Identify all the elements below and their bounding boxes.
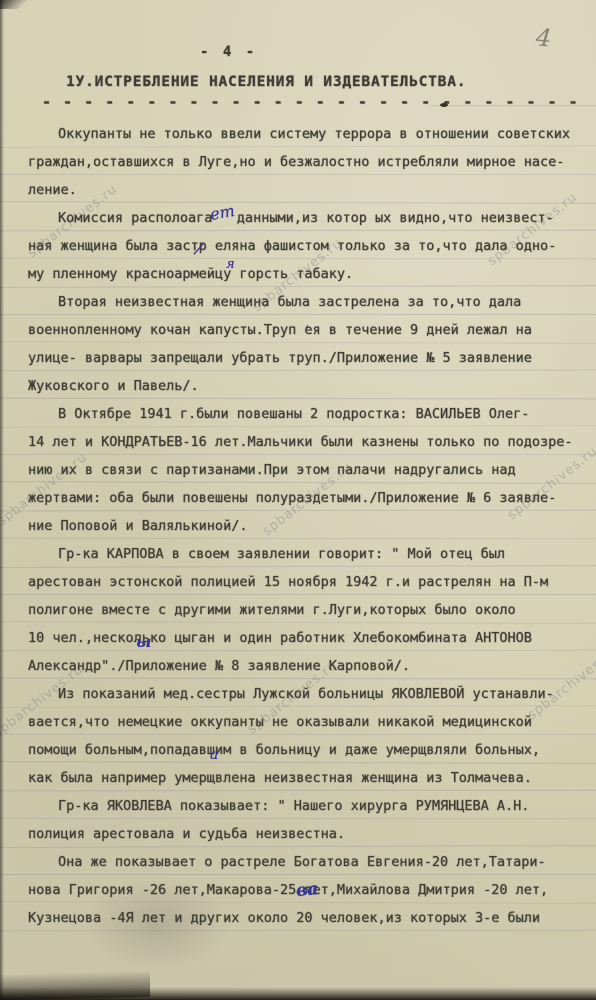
- typed-text-line: вается,что немецкие оккупанты не оказыва…: [28, 708, 594, 736]
- handwritten-correction: а: [210, 747, 218, 763]
- typed-text-line: му пленному красноармейцу горсть табаку.: [28, 260, 594, 288]
- section-title: 1У.ИСТРЕБЛЕНИЕ НАСЕЛЕНИЯ И ИЗДЕВАТЕЛЬСТВ…: [66, 74, 466, 90]
- handwritten-correction: ы: [136, 633, 151, 651]
- typed-text-line: Оккупанты не только ввели систему террор…: [28, 120, 594, 148]
- typed-text-line: помощи больным,попадавшим в больницу и д…: [28, 736, 594, 764]
- handwritten-correction: я: [226, 257, 235, 272]
- typed-text-line: граждан,оставшихся в Луге,но и безжалост…: [28, 148, 594, 176]
- typed-text-line: полигоне вместе с другими жителями г.Луг…: [28, 596, 594, 624]
- page-number: - 4 -: [200, 44, 257, 60]
- scan-edge-bottom: [0, 987, 596, 1000]
- typed-text-line: Она же показывает о растреле Богатова Ев…: [28, 848, 594, 876]
- typed-text-line: Кузнецова -4Я лет и других около 20 чело…: [28, 904, 594, 932]
- scan-edge-left: [0, 0, 4, 1000]
- typed-text-line: В Октябре 1941 г.были повешаны 2 подрост…: [28, 400, 594, 428]
- typed-text-line: Из показаний мед.сестры Лужской больницы…: [28, 680, 594, 708]
- typed-text-line: нию их в связи с партизанами.При этом па…: [28, 456, 594, 484]
- typed-text-line: Жуковского и Павель/.: [28, 372, 594, 400]
- document-body: Оккупанты не только ввели систему террор…: [28, 120, 594, 932]
- typed-text-line: Вторая неизвестная женщина была застреле…: [28, 288, 594, 316]
- typed-text-line: 14 лет и КОНДРАТЬЕВ-16 лет.Мальчики были…: [28, 428, 594, 456]
- typed-text-line: 10 чел.,несколько цыган и один работник …: [28, 624, 594, 652]
- typed-text-line: как была например умерщвлена неизвестная…: [28, 764, 594, 792]
- typed-text-line: ная женщина была застр еляна фашистом то…: [28, 232, 594, 260]
- typed-text-line: улице- варвары запрещали убрать труп./Пр…: [28, 344, 594, 372]
- typed-text-line: Гр-ка ЯКОВЛЕВА показывает: " Нашего хиру…: [28, 792, 594, 820]
- typed-text-line: Комиссия располоага данными,из котор ых …: [28, 204, 594, 232]
- handwritten-correction: ,: [305, 316, 309, 330]
- typed-text-line: Гр-ка КАРПОВА в своем заявлении говорит:…: [28, 540, 594, 568]
- title-underline: - - - - - - - - - - - - - - - - - - - - …: [42, 93, 582, 111]
- typed-text-line: жертвами: оба были повешены полураздетым…: [28, 484, 594, 512]
- handwritten-correction: ва: [295, 879, 319, 901]
- typed-text-line: Александр"./Приложение № 8 заявление Кар…: [28, 652, 594, 680]
- typed-text-line: ление.: [28, 176, 594, 204]
- scan-corner-top-left: [0, 0, 32, 9]
- typed-text-line: ние Поповой и Валялькиной/.: [28, 512, 594, 540]
- typed-text-line: арестован эстонской полицией 15 ноября 1…: [28, 568, 594, 596]
- typed-text-line: полиция арестовала и судьба неизвестна.: [28, 820, 594, 848]
- corner-page-number-handwritten: 4: [535, 23, 553, 52]
- typed-text-line: военнопленному кочан капусты.Труп ея в т…: [28, 316, 594, 344]
- scanned-document-page: spbarchives.ruspbarchives.ruspbarchives.…: [0, 0, 596, 1000]
